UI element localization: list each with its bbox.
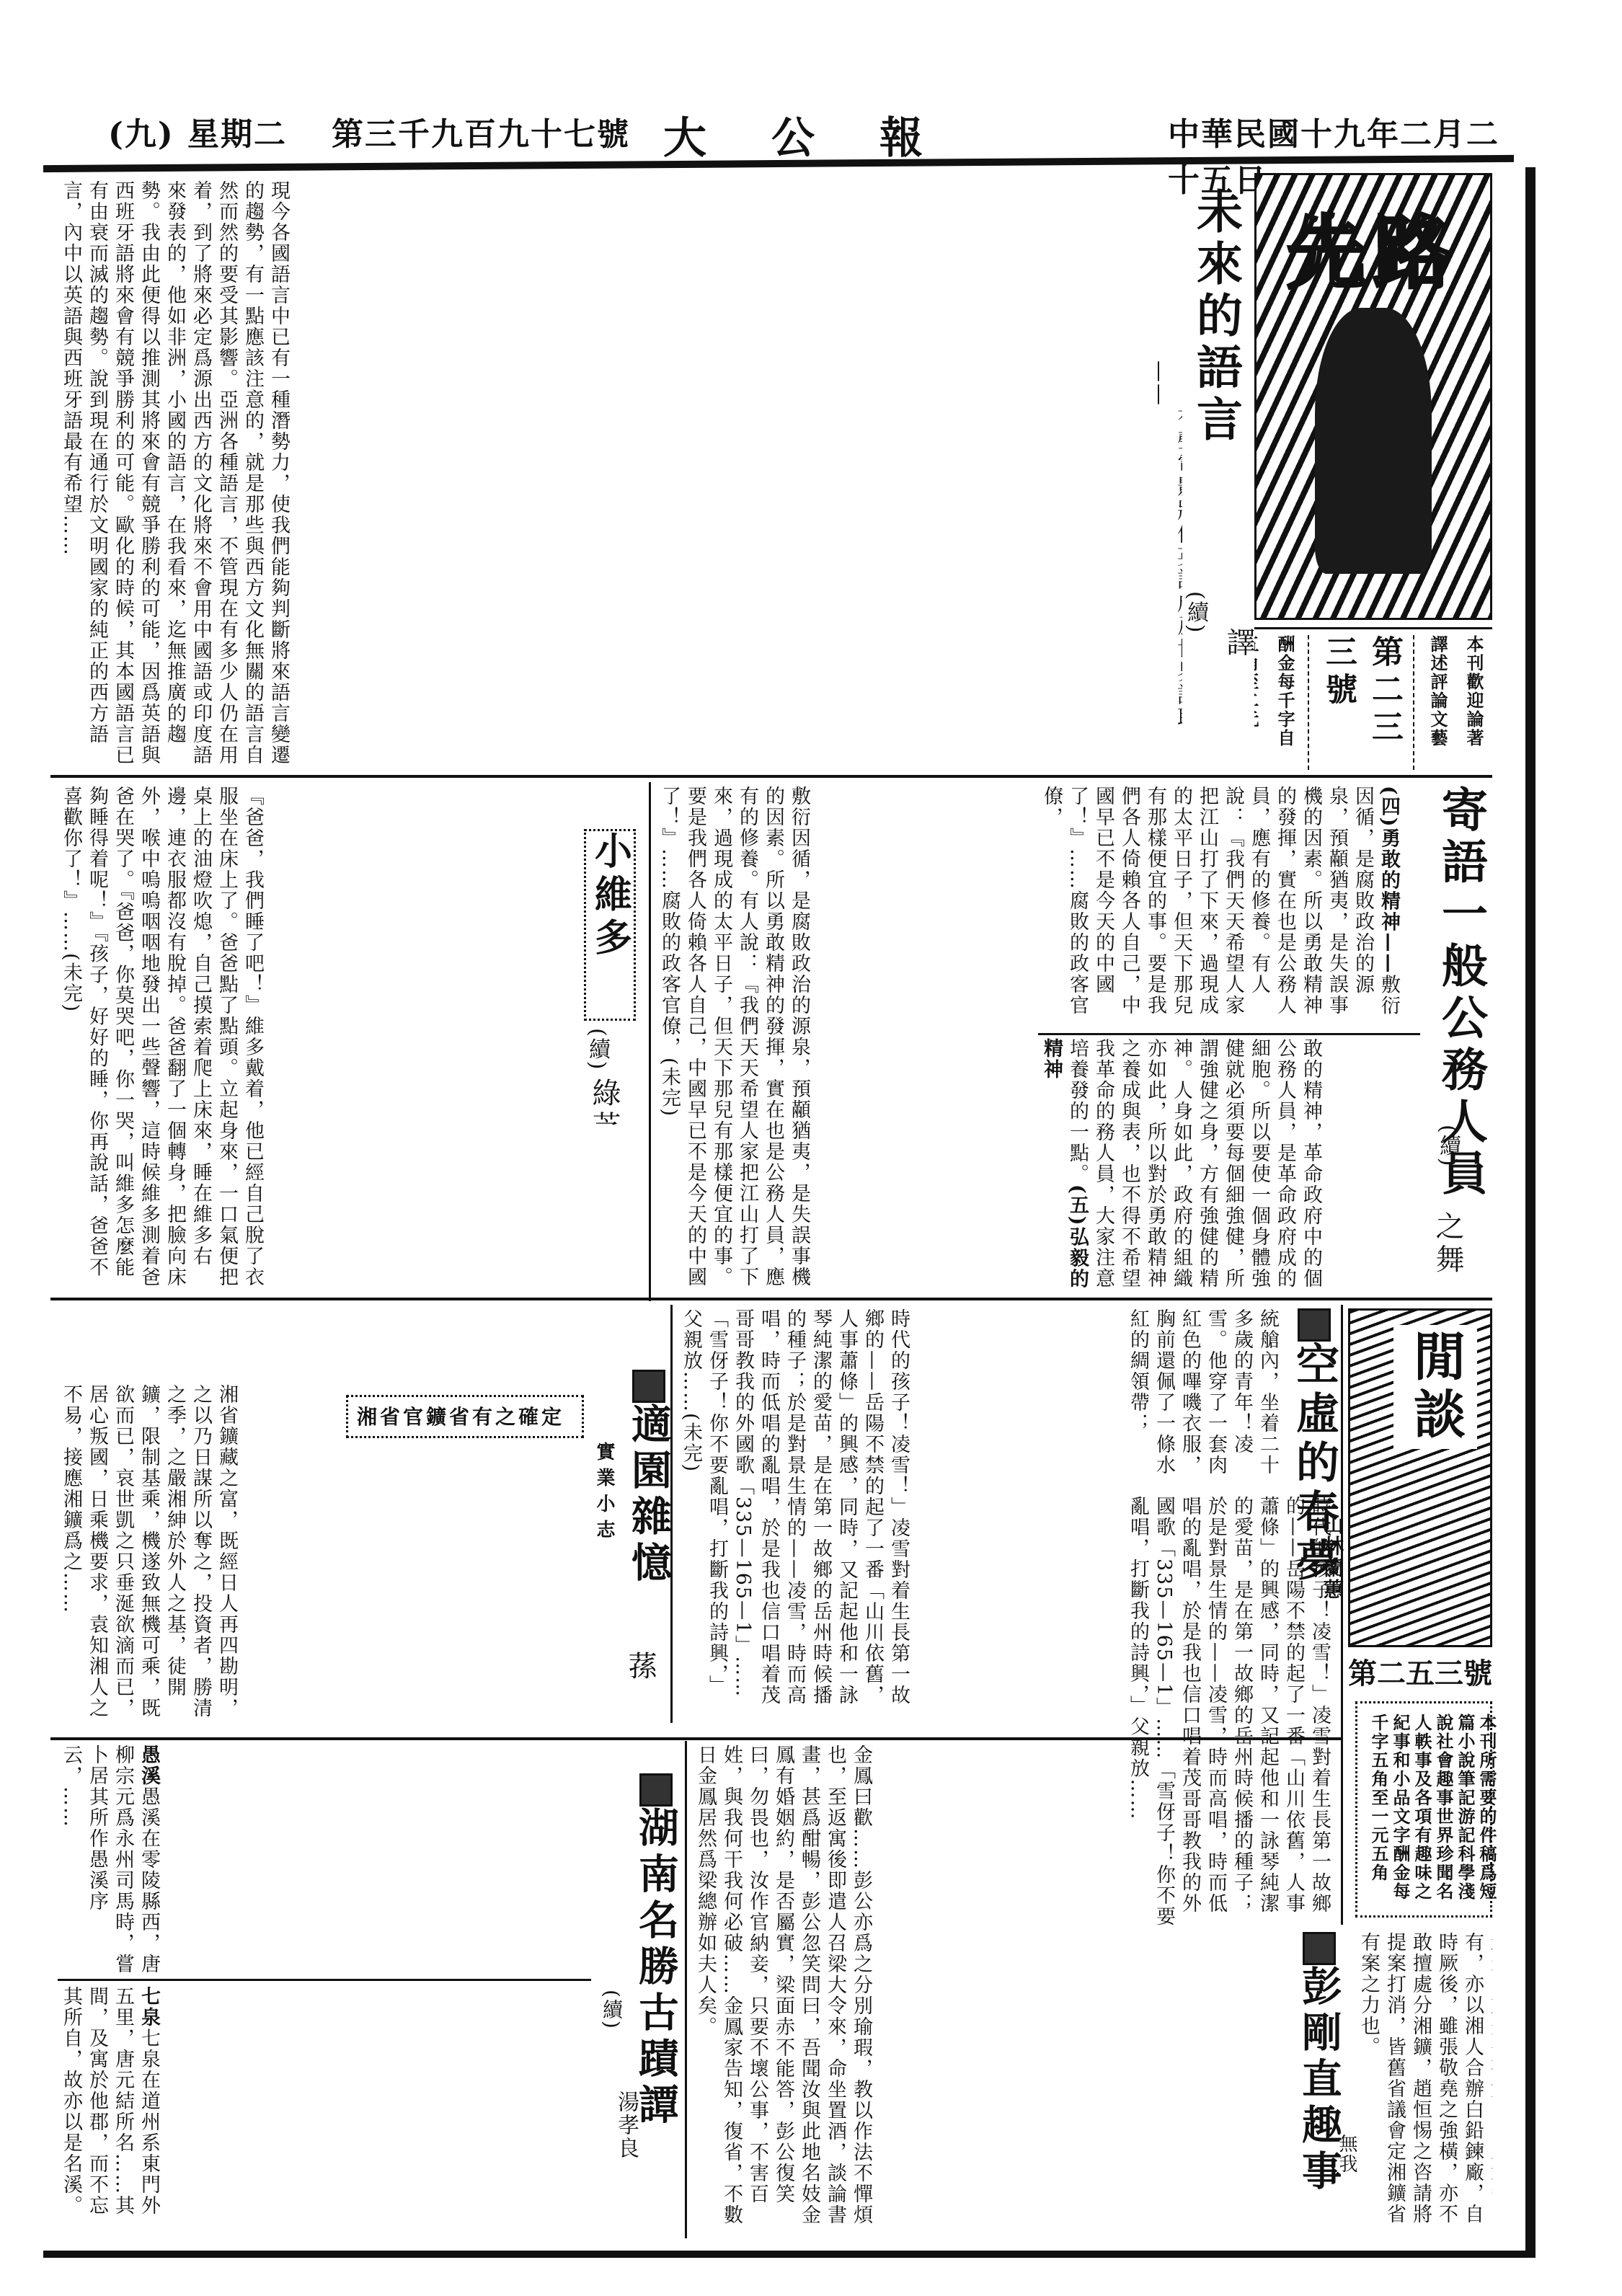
hunan-sites-cont: (續): [598, 1990, 624, 2076]
page-number: (九): [108, 108, 174, 154]
square-bullet-icon: [639, 1773, 673, 1807]
divider: [50, 775, 1492, 778]
hunan-mines-body: 北政府對此向日人交涉毀約之久，始克將議決廢除湘鑛。時省湖南鑛務總局名爲一公……總…: [1355, 1932, 1492, 2235]
officials-section4-text: (四)勇敢的精神——敷衍因循，是腐敗政治的源泉，預顢猶夷，是失誤事機的因素。所以…: [1038, 786, 1401, 1031]
springdream-intro: 由上海開駛至長沙「沅江丸」的船上，坐在二層樓的統艙內，坐着二十多歲的青年！凌雪。…: [1125, 1308, 1283, 1489]
penggang-body-block: 金鳳曰歡……彭公亦爲之分別瑜瑕，教以作法不憚煩也，至返寓後即遣人召梁大令來，命坐…: [692, 1745, 1283, 2235]
column-divider: [685, 1741, 687, 2238]
site-name: 七泉: [138, 1986, 160, 2028]
notice-line: 說社會趣事世界珍聞名: [1433, 1714, 1454, 1901]
horse-rider-figure: [1315, 308, 1432, 573]
springdream-body-text: 時代的孩子！凌雪！」凌雪對着生長第一故鄉的——岳陽不禁的起了一番「山川依舊，人事…: [680, 1308, 910, 1706]
weiduo-header: 小維多 (續) 綠芝: [577, 822, 642, 1125]
officials-section4-cont-body: 敢的精神，革命政府中的個公務人員，是革命政府成的細胞。所以要使一個身體強健就必須…: [1066, 1038, 1322, 1289]
notice-line: 千字五角至一元五角: [1368, 1714, 1389, 1882]
column-divider: [649, 782, 651, 1301]
weiduo-cont: (續): [584, 1028, 610, 1071]
xianlu-notice-2: 譯述評論文藝: [1424, 635, 1450, 771]
officials-cont-block: (續): [1435, 1125, 1478, 1197]
hunan-sites-entry-1: 愚溪愚溪在零陵縣西，唐柳宗元爲永州司馬時，嘗卜居其所作愚溪序云，……: [58, 1745, 591, 1975]
shiyuan-author: 劉嵐蓀: [620, 1651, 663, 1737]
xianlu-fee-2: 五角至二元: [1254, 635, 1262, 771]
divider: [58, 1979, 591, 1981]
square-bullet-icon: [1303, 1932, 1336, 1965]
site-entry: 愚溪愚溪在零陵縣西，唐柳宗元爲永州司馬時，嘗卜居其所作愚溪序云，……: [58, 1745, 161, 1975]
xianlu-fee-1: 酬金每千字自: [1272, 635, 1298, 771]
language-article-body-block: 現今各國語言中已有一種潛勢力，使我們能夠判斷將來語言變遷的趨勢，有一點應該注意的…: [58, 180, 1139, 771]
newspaper-name: 大公報: [663, 104, 988, 166]
officials-section4-cont-text: 敢的精神，革命政府中的個公務人員，是革命政府成的細胞。所以要使一個身體強健就必須…: [1038, 1038, 1324, 1298]
weiduo-title: 小維多: [583, 831, 637, 1019]
notice-line: 紀事和小品文字酬金每: [1390, 1714, 1411, 1901]
xianlu-info-box: 本刊歡迎論著 譯述評論文藝 第二三三號 酬金每千字自 五角至二元: [1254, 627, 1492, 771]
xiantan-issue-number: 第二五三號: [1348, 1651, 1492, 1694]
hunan-sites-title-text: 湖南名勝古蹟譚: [632, 1807, 678, 2129]
springdream-body: 時代的孩子！凌雪！」凌雪對着生長第一故鄉的——岳陽不禁的起了一番「山川依舊，人事…: [678, 1308, 911, 1712]
officials-ending: (未完): [658, 1058, 681, 1117]
weiduo-title-box: 小維多: [584, 829, 636, 1021]
shiyuan-author-block: 劉嵐蓀: [620, 1651, 663, 1737]
language-article-subtitle-block: ——有聲電影將使英語成爲世界語耶？——: [1146, 360, 1182, 764]
divider: [50, 1298, 1492, 1300]
weiduo-body-text: 『爸爸，我們睡了吧！』維多戴着，他已經自己脫了衣服坐在床上了。爸爸點了點頭。立起…: [60, 786, 264, 1287]
xianlu-illustration: 先路: [1254, 173, 1492, 620]
language-article-body: 現今各國語言中已有一種潛勢力，使我們能夠判斷將來語言變遷的趨勢，有一點應該注意的…: [58, 180, 291, 771]
hunan-sites-author: 湯孝良: [613, 2091, 639, 2206]
weiduo-body: 『爸爸，我們睡了吧！』維多戴着，他已經自己脫了衣服坐在床上了。爸爸點了點頭。立起…: [58, 786, 265, 1290]
springdream-body-block: 時代的孩子！凌雪！」凌雪對着生長第一故鄉的——岳陽不禁的起了一番「山川依舊，人事…: [678, 1308, 1117, 1712]
hunan-sites-entry-2: 七泉七泉在道州系東門外五里，唐元結所名……其間，及寓於他郡，而不忘其所自，故亦以…: [58, 1986, 591, 2231]
xiantan-notice-text: 本刊所需要的件稿爲短篇小說筆記游記科學淺說社會趣事世界珍聞名人軼事及各項有趣味之…: [1368, 1714, 1497, 1905]
springdream-intro-block: 由上海開駛至長沙「沅江丸」的船上，坐在二層樓的統艙內，坐着二十多歲的青年！凌雪。…: [1125, 1308, 1283, 1489]
language-cont-block: (續): [1182, 591, 1218, 663]
officials-section4-title: (四)勇敢的精神——: [1378, 786, 1400, 975]
officials-author-block: 之舞: [1427, 1211, 1471, 1298]
officials-body-cont: 敷衍因循，是腐敗政治的源泉，預顢猶夷，是失誤事機的因素。所以勇敢精神的發揮，實在…: [656, 786, 1031, 1298]
shiyuan-title-text: 適園雜憶: [625, 1403, 670, 1587]
notice-line: 本刊所需要的件稿爲短: [1476, 1714, 1497, 1901]
weiduo-body-block: 『爸爸，我們睡了吧！』維多戴着，他已經自己脫了衣服坐在床上了。爸爸點了點頭。立起…: [58, 786, 570, 1290]
square-bullet-icon: [1298, 1308, 1331, 1342]
hunan-sites-title: 湖南名勝古蹟譚: [627, 1773, 678, 2129]
issue-number: 第三千九百九十七號: [332, 108, 630, 154]
site-name: 愚溪: [138, 1745, 160, 1786]
xianlu-logo: 先路: [1257, 190, 1490, 303]
language-article-subtitle: ——有聲電影將使英語成爲世界語耶？——: [1146, 360, 1182, 764]
penggang-body: 金鳳曰歡……彭公亦爲之分別瑜瑕，教以作法不憚煩也，至返寓後即遣人召梁大令來，命坐…: [692, 1745, 874, 2235]
springdream-ending: (未完): [680, 1413, 702, 1473]
shiyuan-title: 適園雜憶: [620, 1370, 670, 1587]
xiantan-notice: 本刊所需要的件稿爲短篇小說筆記游記科學淺說社會趣事世界珍聞名人軼事及各項有趣味之…: [1355, 1701, 1492, 1918]
shiyuan-body-block: 湘省鑛藏之富，既經日人再四勘明，之以乃日謀所以奪之，投資者，勝清之季，之嚴湘紳於…: [58, 1384, 584, 1737]
shiyuan-body: 湘省鑛藏之富，既經日人再四勘明，之以乃日謀所以奪之，投資者，勝清之季，之嚴湘紳於…: [58, 1384, 239, 1737]
xiantan-logo: 閒談: [1393, 1325, 1477, 1449]
officials-cont: (續): [1435, 1125, 1461, 1197]
officials-author: 之舞: [1427, 1211, 1468, 1277]
shiyuan-section-tag: 實業小志: [591, 1442, 618, 1546]
divider: [1038, 1033, 1420, 1035]
notice-line: 篇小說筆記游記科學淺: [1455, 1714, 1476, 1901]
officials-body-cont-text: 敷衍因循，是腐敗政治的源泉，預顢猶夷，是失誤事機的因素。所以勇敢精神的發揮，實在…: [656, 786, 812, 1298]
hunan-sites-author-block: 湯孝良: [613, 2091, 649, 2206]
language-author-block: 陳雲豹重譯: [1218, 627, 1254, 771]
language-article-cont: (續): [1182, 591, 1208, 663]
divider: [50, 1737, 1341, 1740]
weiduo-ending: (未完): [60, 953, 82, 1013]
weiduo-author: 綠芝: [584, 1078, 625, 1125]
xianlu-issue-number: 第二三三號: [1308, 635, 1414, 771]
hunan-mines-block: 北政府對此向日人交涉毀約之久，始克將議決廢除湘鑛。時省湖南鑛務總局名爲一公……總…: [1355, 1932, 1492, 2235]
officials-section4: (四)勇敢的精神——敷衍因循，是腐敗政治的源泉，預顢猶夷，是失誤事機的因素。所以…: [1038, 786, 1420, 1031]
officials-section4-body: 敷衍因循，是腐敗政治的源泉，預顢猶夷，是失誤事機的因素。所以勇敢精神的發揮，實在…: [1040, 786, 1400, 1016]
shiyuan-tag-block: 實業小志: [591, 1442, 620, 1622]
language-article-author: 陳雲豹重譯: [1218, 627, 1254, 771]
site-entry: 七泉七泉在道州系東門外五里，唐元結所名……其間，及寓於他郡，而不忘其所自，故亦以…: [58, 1986, 161, 2231]
xianlu-notice-1: 本刊歡迎論著: [1461, 635, 1486, 771]
masthead: (九) 星期二 第三千九百九十七號 大公報 中華民國十九年二月二十五日: [43, 101, 1514, 159]
weekday: 星期二: [187, 108, 287, 154]
hunan-sites-cont-block: (續): [598, 1990, 627, 2076]
column-divider: [670, 1305, 673, 1723]
notice-line: 人軼事及各項有趣味之: [1412, 1714, 1432, 1901]
xiantan-illustration: 閒談: [1348, 1308, 1492, 1647]
officials-body-repeat: 敷衍因循，是腐敗政治的源泉，預顢猶夷，是失誤事機的因素。所以勇敢精神的發揮，實在…: [658, 786, 810, 1287]
language-article-title: 未來的語言: [1182, 187, 1247, 447]
square-bullet-icon: [632, 1370, 665, 1403]
officials-section4-cont: 敢的精神，革命政府中的個公務人員，是革命政府成的細胞。所以要使一個身體強健就必須…: [1038, 1038, 1420, 1298]
